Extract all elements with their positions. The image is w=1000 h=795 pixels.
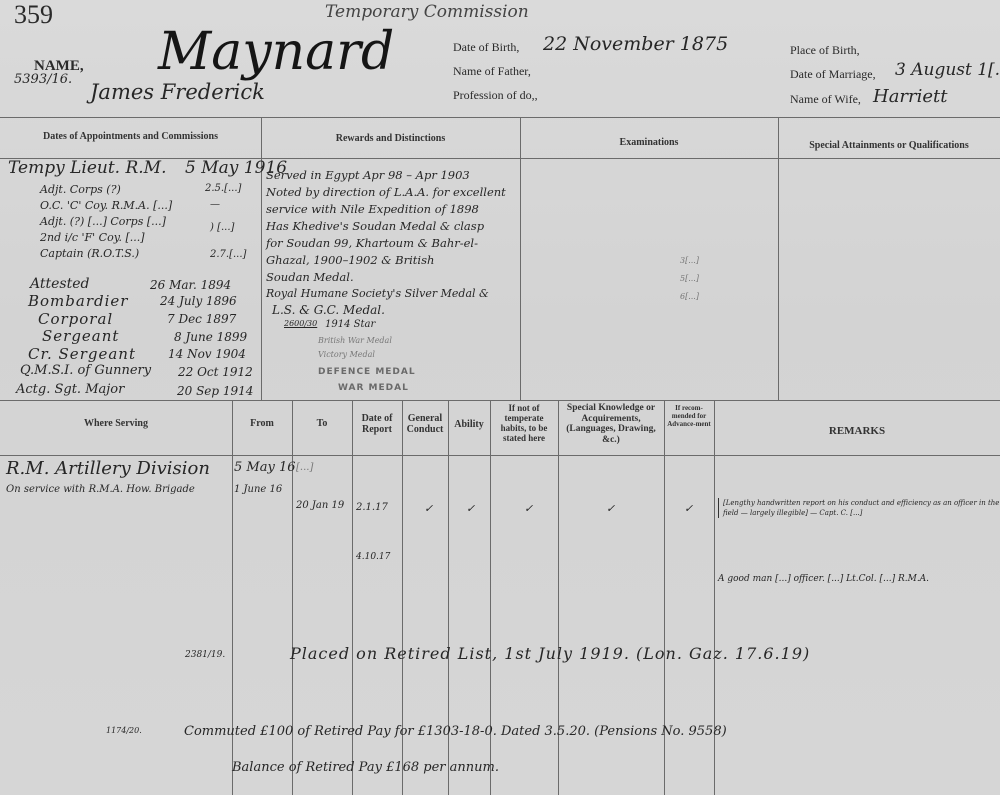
appointment-date: 14 Nov 1904 [168, 347, 246, 361]
divider [0, 117, 1000, 118]
appointment-entry: Tempy Lieut. R.M. [8, 158, 166, 178]
column-header-special-knowledge: Special Knowledge or Acquirements, (Lang… [560, 403, 662, 445]
column-header-temperate: If not of temperate habits, to be stated… [492, 403, 556, 443]
examination-note: 6[...] [680, 292, 699, 301]
column-header-special-attainments: Special Attainments or Qualifications [778, 140, 1000, 151]
where-serving: On service with R.M.A. How. Brigade [6, 484, 195, 495]
appointment-date: 7 Dec 1897 [167, 312, 236, 326]
special-knowledge: ✓ [606, 502, 615, 515]
recommended: ✓ [684, 502, 693, 515]
column-header-remarks: REMARKS [714, 426, 1000, 437]
column-header-to: To [292, 418, 352, 429]
note-reference: 2381/19. [185, 650, 225, 660]
appointment-entry: Cr. Sergeant [28, 345, 136, 363]
note-text: Commuted £100 of Retired Pay for £1303-1… [184, 724, 727, 739]
examination-note: 3[...] [680, 256, 699, 265]
appointment-entry: Actg. Sgt. Major [16, 382, 124, 397]
appointment-date: 2.5.[...] [205, 183, 241, 194]
defence-medal-stamp: DEFENCE MEDAL [318, 367, 416, 377]
appointment-date: ) [...] [210, 222, 234, 233]
column-header-from: From [232, 418, 292, 429]
remarks: [Lengthy handwritten report on his condu… [718, 498, 1000, 518]
appointment-date: 20 Sep 1914 [177, 384, 253, 398]
service-record-card: 359 Temporary Commission NAME, Maynard J… [0, 0, 1000, 795]
reward-line: Served in Egypt Apr 98 – Apr 1903 [266, 168, 470, 182]
appointment-entry: Captain (R.O.T.S.) [40, 247, 139, 260]
reward-line: Has Khedive's Soudan Medal & clasp [266, 219, 484, 233]
date-of-birth: 22 November 1875 [543, 33, 728, 55]
appointment-entry: Bombardier [28, 292, 128, 310]
column-header-appointments: Dates of Appointments and Commissions [0, 131, 261, 142]
note-reference: 1174/20. [106, 726, 142, 735]
reference-number: 5393/16. [14, 72, 72, 87]
column-header-where-serving: Where Serving [0, 418, 232, 429]
name-of-wife: Harriett [873, 86, 948, 107]
commission-type: Temporary Commission [325, 2, 529, 22]
reward-line: service with Nile Expedition of 1898 [266, 202, 479, 216]
date-of-report: 4.10.17 [356, 552, 390, 562]
appointment-date: 8 June 1899 [174, 330, 247, 344]
column-header-date-of-report: Date of Report [352, 413, 402, 435]
examination-note: 5[...] [680, 274, 699, 283]
column-header-examinations: Examinations [520, 137, 778, 148]
appointment-entry: Corporal [38, 310, 113, 328]
reward-line: Noted by direction of L.A.A. for excelle… [266, 185, 506, 199]
surname: Maynard [158, 22, 394, 82]
appointment-date: 26 Mar. 1894 [150, 278, 231, 292]
appointment-entry: Q.M.S.I. of Gunnery [20, 363, 151, 378]
reward-line: 1914 Star [325, 319, 375, 330]
column-header-rewards: Rewards and Distinctions [261, 133, 520, 144]
appointment-date: 22 Oct 1912 [178, 365, 253, 379]
date-of-birth-label: Date of Birth, [453, 40, 519, 55]
appointment-date: — [210, 199, 220, 210]
remarks: A good man [...] officer. [...] Lt.Col. … [718, 574, 929, 584]
to-date: 20 Jan 19 [296, 500, 344, 511]
place-of-birth-label: Place of Birth, [790, 43, 860, 58]
forenames: James Frederick [90, 80, 265, 104]
folio-number: 359 [14, 0, 53, 30]
where-serving: R.M. Artillery Division [6, 458, 210, 479]
appointment-entry: Attested [30, 276, 89, 292]
divider [0, 400, 1000, 401]
date-of-marriage: 3 August 1[...] [895, 60, 1000, 80]
divider [520, 117, 521, 401]
general-conduct: ✓ [424, 502, 433, 515]
ability: ✓ [466, 502, 475, 515]
column-header-general-conduct: General Conduct [402, 413, 448, 435]
name-of-wife-label: Name of Wife, [790, 92, 861, 107]
to-date: [...] [296, 462, 313, 473]
column-header-recommended: If recom-mended for Advance-ment [666, 404, 712, 428]
column-header-ability: Ability [448, 419, 490, 430]
temperate: ✓ [524, 502, 533, 515]
reward-line: L.S. & G.C. Medal. [272, 303, 385, 317]
reward-margin-note: 2600/30 [284, 319, 317, 328]
appointment-entry: 2nd i/c 'F' Coy. [...] [40, 231, 145, 244]
date-of-marriage-label: Date of Marriage, [790, 67, 876, 82]
reward-line: Soudan Medal. [266, 270, 354, 284]
reward-line: Royal Humane Society's Silver Medal & [266, 287, 489, 300]
appointment-entry: Adjt. Corps (?) [40, 183, 121, 196]
appointment-date: 2.7.[...] [210, 249, 246, 260]
reward-line: British War Medal [318, 336, 392, 345]
note-text: Balance of Retired Pay £168 per annum. [232, 760, 499, 775]
appointment-entry: Adjt. (?) [...] Corps [...] [40, 215, 166, 228]
date-of-report: 2.1.17 [356, 502, 388, 513]
divider [778, 117, 779, 401]
appointment-entry: O.C. 'C' Coy. R.M.A. [...] [40, 199, 172, 212]
reward-line: Ghazal, 1900–1902 & British [266, 253, 434, 267]
war-medal-stamp: WAR MEDAL [338, 383, 409, 393]
reward-line: Victory Medal [318, 350, 375, 359]
divider [0, 455, 1000, 456]
name-of-father-label: Name of Father, [453, 64, 531, 79]
from-date: 1 June 16 [234, 484, 282, 495]
from-date: 5 May 16 [234, 460, 295, 475]
profession-label: Profession of do,, [453, 88, 538, 103]
appointment-date: 24 July 1896 [160, 294, 237, 308]
reward-line: for Soudan 99, Khartoum & Bahr-el- [266, 236, 478, 250]
note-text: Placed on Retired List, 1st July 1919. (… [290, 644, 810, 663]
appointment-entry: Sergeant [42, 327, 119, 345]
